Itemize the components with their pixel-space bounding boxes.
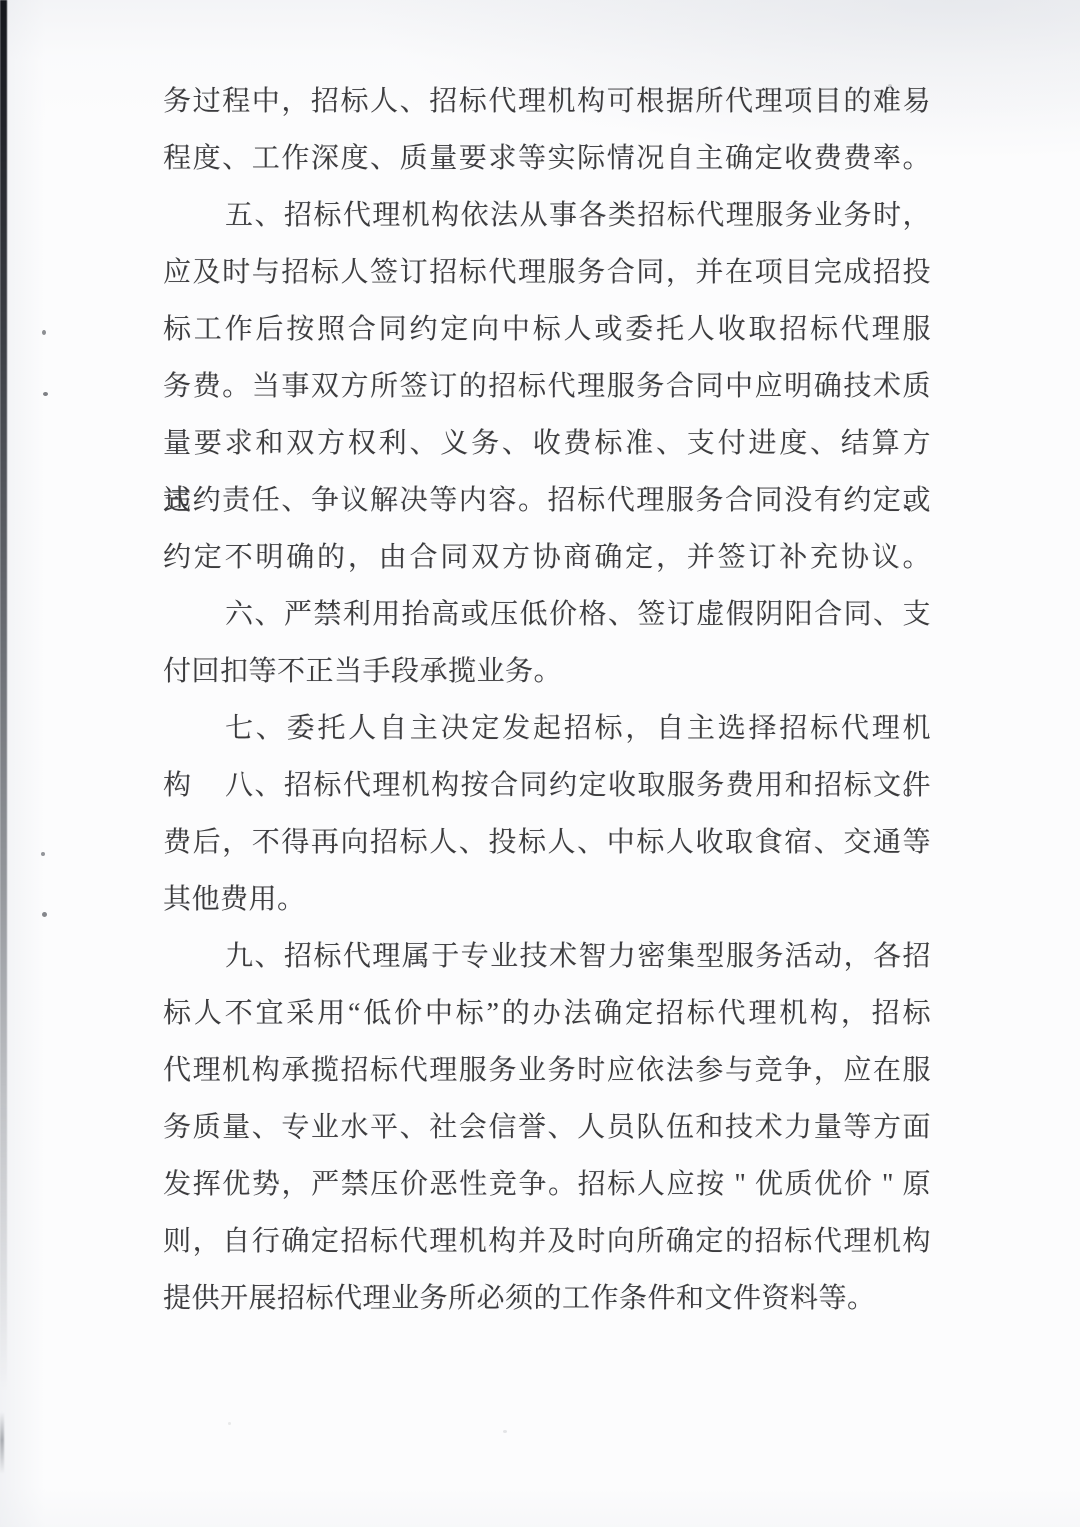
text-line-item-9: 九、招标代理属于专业技术智力密集型服务活动，各招 (163, 928, 931, 985)
text-line: 程度、工作深度、质量要求等实际情况自主确定收费费率。 (163, 130, 931, 187)
text-line-item-7: 七、委托人自主决定发起招标，自主选择招标代理机构。 (163, 700, 931, 757)
text-line-item-8: 八、招标代理机构按合同约定收取服务费用和招标文件 (163, 757, 931, 814)
text-line: 标工作后按照合同约定向中标人或委托人收取招标代理服 (163, 301, 931, 358)
text-line: 违约责任、争议解决等内容。招标代理服务合同没有约定或 (163, 472, 931, 529)
text-line: 其他费用。 (163, 871, 931, 928)
paper-speck (41, 852, 45, 856)
document-text-block: 务过程中，招标人、招标代理机构可根据所代理项目的难易 程度、工作深度、质量要求等… (163, 73, 931, 1327)
text-line: 付回扣等不正当手段承揽业务。 (163, 643, 931, 700)
text-line: 务过程中，招标人、招标代理机构可根据所代理项目的难易 (163, 73, 931, 130)
text-line: 量要求和双方权利、义务、收费标准、支付进度、结算方式、 (163, 415, 931, 472)
paper-speck (43, 392, 48, 396)
text-line: 标人不宜采用“低价中标”的办法确定招标代理机构，招标 (163, 985, 931, 1042)
text-line: 发挥优势，严禁压价恶性竞争。招标人应按 " 优质优价 " 原 (163, 1156, 931, 1213)
paper-speck (42, 330, 46, 335)
text-line: 则，自行确定招标代理机构并及时向所确定的招标代理机构 (163, 1213, 931, 1270)
text-line: 务质量、专业水平、社会信誉、人员队伍和技术力量等方面 (163, 1099, 931, 1156)
text-line: 提供开展招标代理业务所必须的工作条件和文件资料等。 (163, 1270, 931, 1327)
text-line: 约定不明确的，由合同双方协商确定，并签订补充协议。 (163, 529, 931, 586)
text-line-item-5: 五、招标代理机构依法从事各类招标代理服务业务时， (163, 187, 931, 244)
paper-speck (228, 1422, 231, 1425)
paper-speck (503, 1430, 507, 1433)
text-line: 代理机构承揽招标代理服务业务时应依法参与竞争，应在服 (163, 1042, 931, 1099)
scanner-edge-notch (0, 1412, 4, 1474)
scanned-document-page: 务过程中，招标人、招标代理机构可根据所代理项目的难易 程度、工作深度、质量要求等… (0, 0, 1080, 1527)
scanner-edge-shadow (0, 0, 7, 1390)
text-line: 费后，不得再向招标人、投标人、中标人收取食宿、交通等 (163, 814, 931, 871)
text-line-item-6: 六、严禁利用抬高或压低价格、签订虚假阴阳合同、支 (163, 586, 931, 643)
text-line: 应及时与招标人签订招标代理服务合同，并在项目完成招投 (163, 244, 931, 301)
paper-speck (42, 912, 47, 917)
text-line: 务费。当事双方所签订的招标代理服务合同中应明确技术质 (163, 358, 931, 415)
